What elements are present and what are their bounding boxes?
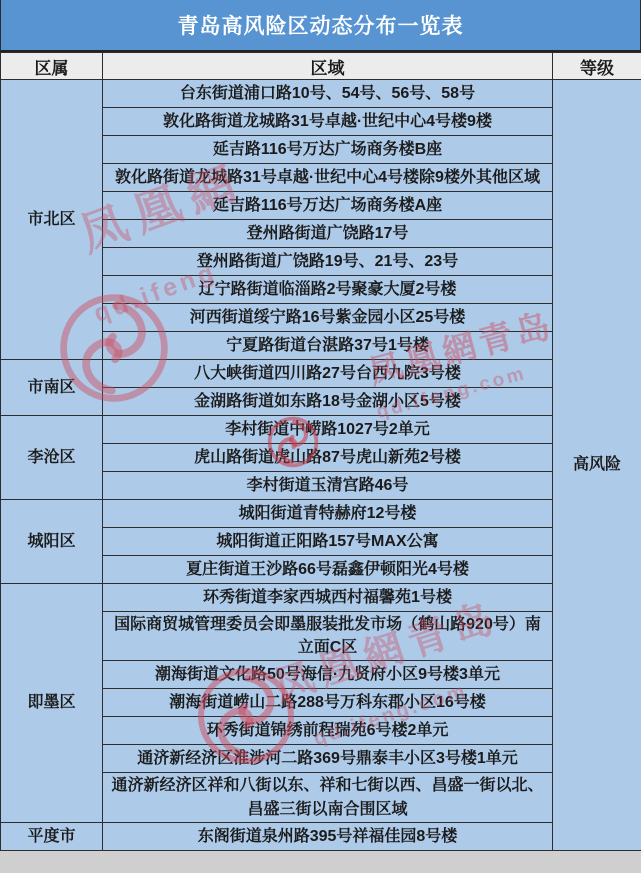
- area-cell: 敦化路街道龙城路31号卓越·世纪中心4号楼9楼: [103, 108, 553, 136]
- district-cell: 平度市: [1, 822, 103, 850]
- risk-level-cell: 高风险: [553, 80, 641, 851]
- table-header-row: 区属 区域 等级: [1, 53, 641, 80]
- area-column-header: 区域: [103, 53, 553, 80]
- table-row: 市北区台东街道浦口路10号、54号、56号、58号高风险: [1, 80, 641, 108]
- area-cell: 通济新经济区祥和八街以东、祥和七街以西、昌盛一街以北、昌盛三街以南合围区域: [103, 773, 553, 822]
- area-cell: 通济新经济区淮涉河二路369号鼎泰丰小区3号楼1单元: [103, 745, 553, 773]
- table-body: 市北区台东街道浦口路10号、54号、56号、58号高风险敦化路街道龙城路31号卓…: [1, 80, 641, 851]
- table-row: 即墨区环秀街道李家西城西村福馨苑1号楼: [1, 584, 641, 612]
- area-cell: 潮海街道崂山二路288号万科东郡小区16号楼: [103, 689, 553, 717]
- district-column-header: 区属: [1, 53, 103, 80]
- area-cell: 城阳街道青特赫府12号楼: [103, 500, 553, 528]
- area-cell: 八大峡街道四川路27号台西九院3号楼: [103, 360, 553, 388]
- area-cell: 敦化路街道龙城路31号卓越·世纪中心4号楼除9楼外其他区域: [103, 164, 553, 192]
- risk-table: 区属 区域 等级 市北区台东街道浦口路10号、54号、56号、58号高风险敦化路…: [0, 52, 641, 851]
- area-cell: 金湖路街道如东路18号金湖小区5号楼: [103, 388, 553, 416]
- area-cell: 东阁街道泉州路395号祥福佳园8号楼: [103, 822, 553, 850]
- area-cell: 城阳街道正阳路157号MAX公寓: [103, 528, 553, 556]
- area-cell: 宁夏路街道台湛路37号1号楼: [103, 332, 553, 360]
- district-cell: 城阳区: [1, 500, 103, 584]
- level-column-header: 等级: [553, 53, 641, 80]
- area-cell: 李村街道玉清宫路46号: [103, 472, 553, 500]
- page-title: 青岛高风险区动态分布一览表: [0, 0, 641, 52]
- table-row: 城阳区城阳街道青特赫府12号楼: [1, 500, 641, 528]
- area-cell: 河西街道绥宁路16号紫金园小区25号楼: [103, 304, 553, 332]
- table-row: 李沧区李村街道中崂路1027号2单元: [1, 416, 641, 444]
- area-cell: 辽宁路街道临淄路2号聚豪大厦2号楼: [103, 276, 553, 304]
- district-cell: 李沧区: [1, 416, 103, 500]
- district-cell: 即墨区: [1, 584, 103, 823]
- area-cell: 台东街道浦口路10号、54号、56号、58号: [103, 80, 553, 108]
- page: 青岛高风险区动态分布一览表 区属 区域 等级 市北区台东街道浦口路10号、54号…: [0, 0, 641, 873]
- area-cell: 虎山路街道虎山路87号虎山新苑2号楼: [103, 444, 553, 472]
- district-cell: 市北区: [1, 80, 103, 360]
- area-cell: 登州路街道广饶路19号、21号、23号: [103, 248, 553, 276]
- area-cell: 登州路街道广饶路17号: [103, 220, 553, 248]
- area-cell: 延吉路116号万达广场商务楼A座: [103, 192, 553, 220]
- table-row: 平度市东阁街道泉州路395号祥福佳园8号楼: [1, 822, 641, 850]
- table-row: 市南区八大峡街道四川路27号台西九院3号楼: [1, 360, 641, 388]
- district-cell: 市南区: [1, 360, 103, 416]
- area-cell: 李村街道中崂路1027号2单元: [103, 416, 553, 444]
- area-cell: 延吉路116号万达广场商务楼B座: [103, 136, 553, 164]
- area-cell: 环秀街道锦绣前程瑞苑6号楼2单元: [103, 717, 553, 745]
- area-cell: 环秀街道李家西城西村福馨苑1号楼: [103, 584, 553, 612]
- area-cell: 夏庄街道王沙路66号磊鑫伊顿阳光4号楼: [103, 556, 553, 584]
- area-cell: 潮海街道文化路50号海信·九贤府小区9号楼3单元: [103, 661, 553, 689]
- area-cell: 国际商贸城管理委员会即墨服装批发市场（鹤山路920号）南立面C区: [103, 612, 553, 661]
